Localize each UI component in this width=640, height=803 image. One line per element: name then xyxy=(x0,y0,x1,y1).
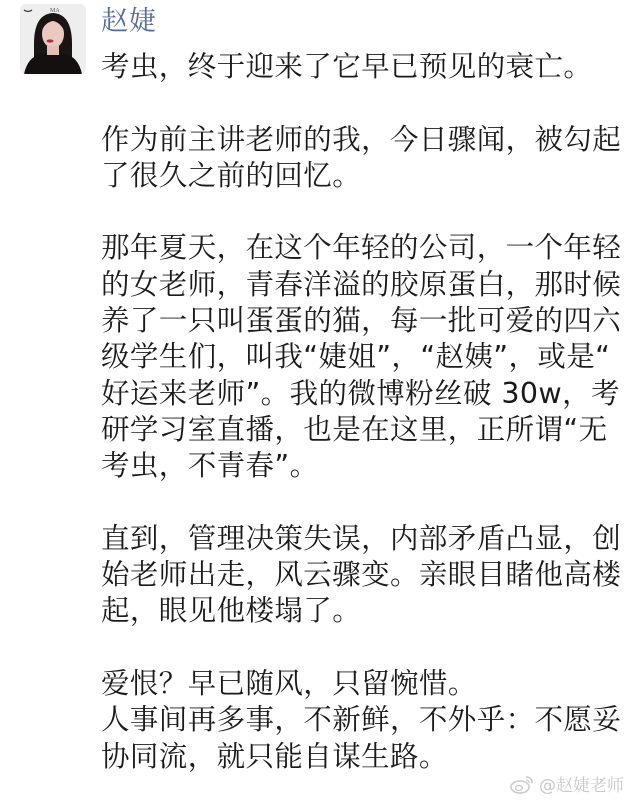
weibo-icon xyxy=(509,774,535,794)
text-line: 了很久之前的回忆。 xyxy=(101,158,631,194)
paragraph-3: 那年夏天，在这个年轻的公司，一个年轻 的女老师，青春洋溢的胶原蛋白，那时候 养了… xyxy=(101,230,631,484)
text-line: 起，眼见他楼塌了。 xyxy=(101,593,631,629)
text-line: 级学生们，叫我“婕姐”，“赵姨”，或是“ xyxy=(101,339,631,375)
paragraph-1: 考虫，终于迎来了它早已预见的衰亡。 xyxy=(101,49,631,85)
post-content: 考虫，终于迎来了它早已预见的衰亡。 作为前主讲老师的我，今日骤闻，被勾起 了很久… xyxy=(101,49,631,775)
text-line: 爱恨？早已随风，只留惋惜。 xyxy=(101,666,631,702)
watermark-text: @赵婕老师 xyxy=(539,771,624,796)
svg-text:MA: MA xyxy=(50,8,60,14)
text-line: 的女老师，青春洋溢的胶原蛋白，那时候 xyxy=(101,267,631,303)
text-line: 协同流，就只能自谋生路。 xyxy=(101,739,631,775)
weibo-watermark: @赵婕老师 xyxy=(509,771,624,796)
paragraph-5: 爱恨？早已随风，只留惋惜。 人事间再多事，不新鲜，不外乎：不愿妥 协同流，就只能… xyxy=(101,666,631,775)
text-line: 养了一只叫蛋蛋的猫，每一批可爱的四六 xyxy=(101,303,631,339)
text-line: 好运来老师”。我的微博粉丝破 30w，考 xyxy=(101,376,631,412)
text-line: 作为前主讲老师的我，今日骤闻，被勾起 xyxy=(101,122,631,158)
text-line: 人事间再多事，不新鲜，不外乎：不愿妥 xyxy=(101,702,631,738)
text-line: 直到，管理决策失误，内部矛盾凸显，创 xyxy=(101,521,631,557)
avatar-photo-icon: MA xyxy=(20,4,86,74)
text-line: 考虫，终于迎来了它早已预见的衰亡。 xyxy=(101,49,631,85)
text-line: 考虫，不青春”。 xyxy=(101,448,631,484)
text-line: 那年夏天，在这个年轻的公司，一个年轻 xyxy=(101,230,631,266)
paragraph-4: 直到，管理决策失误，内部矛盾凸显，创 始老师出走，风云骤变。亲眼目睹他高楼 起，… xyxy=(101,521,631,630)
avatar[interactable]: MA xyxy=(20,4,86,74)
author-name[interactable]: 赵婕 xyxy=(101,4,157,40)
paragraph-2: 作为前主讲老师的我，今日骤闻，被勾起 了很久之前的回忆。 xyxy=(101,122,631,195)
text-line: 研学习室直播，也是在这里，正所谓“无 xyxy=(101,412,631,448)
text-line: 始老师出走，风云骤变。亲眼目睹他高楼 xyxy=(101,557,631,593)
